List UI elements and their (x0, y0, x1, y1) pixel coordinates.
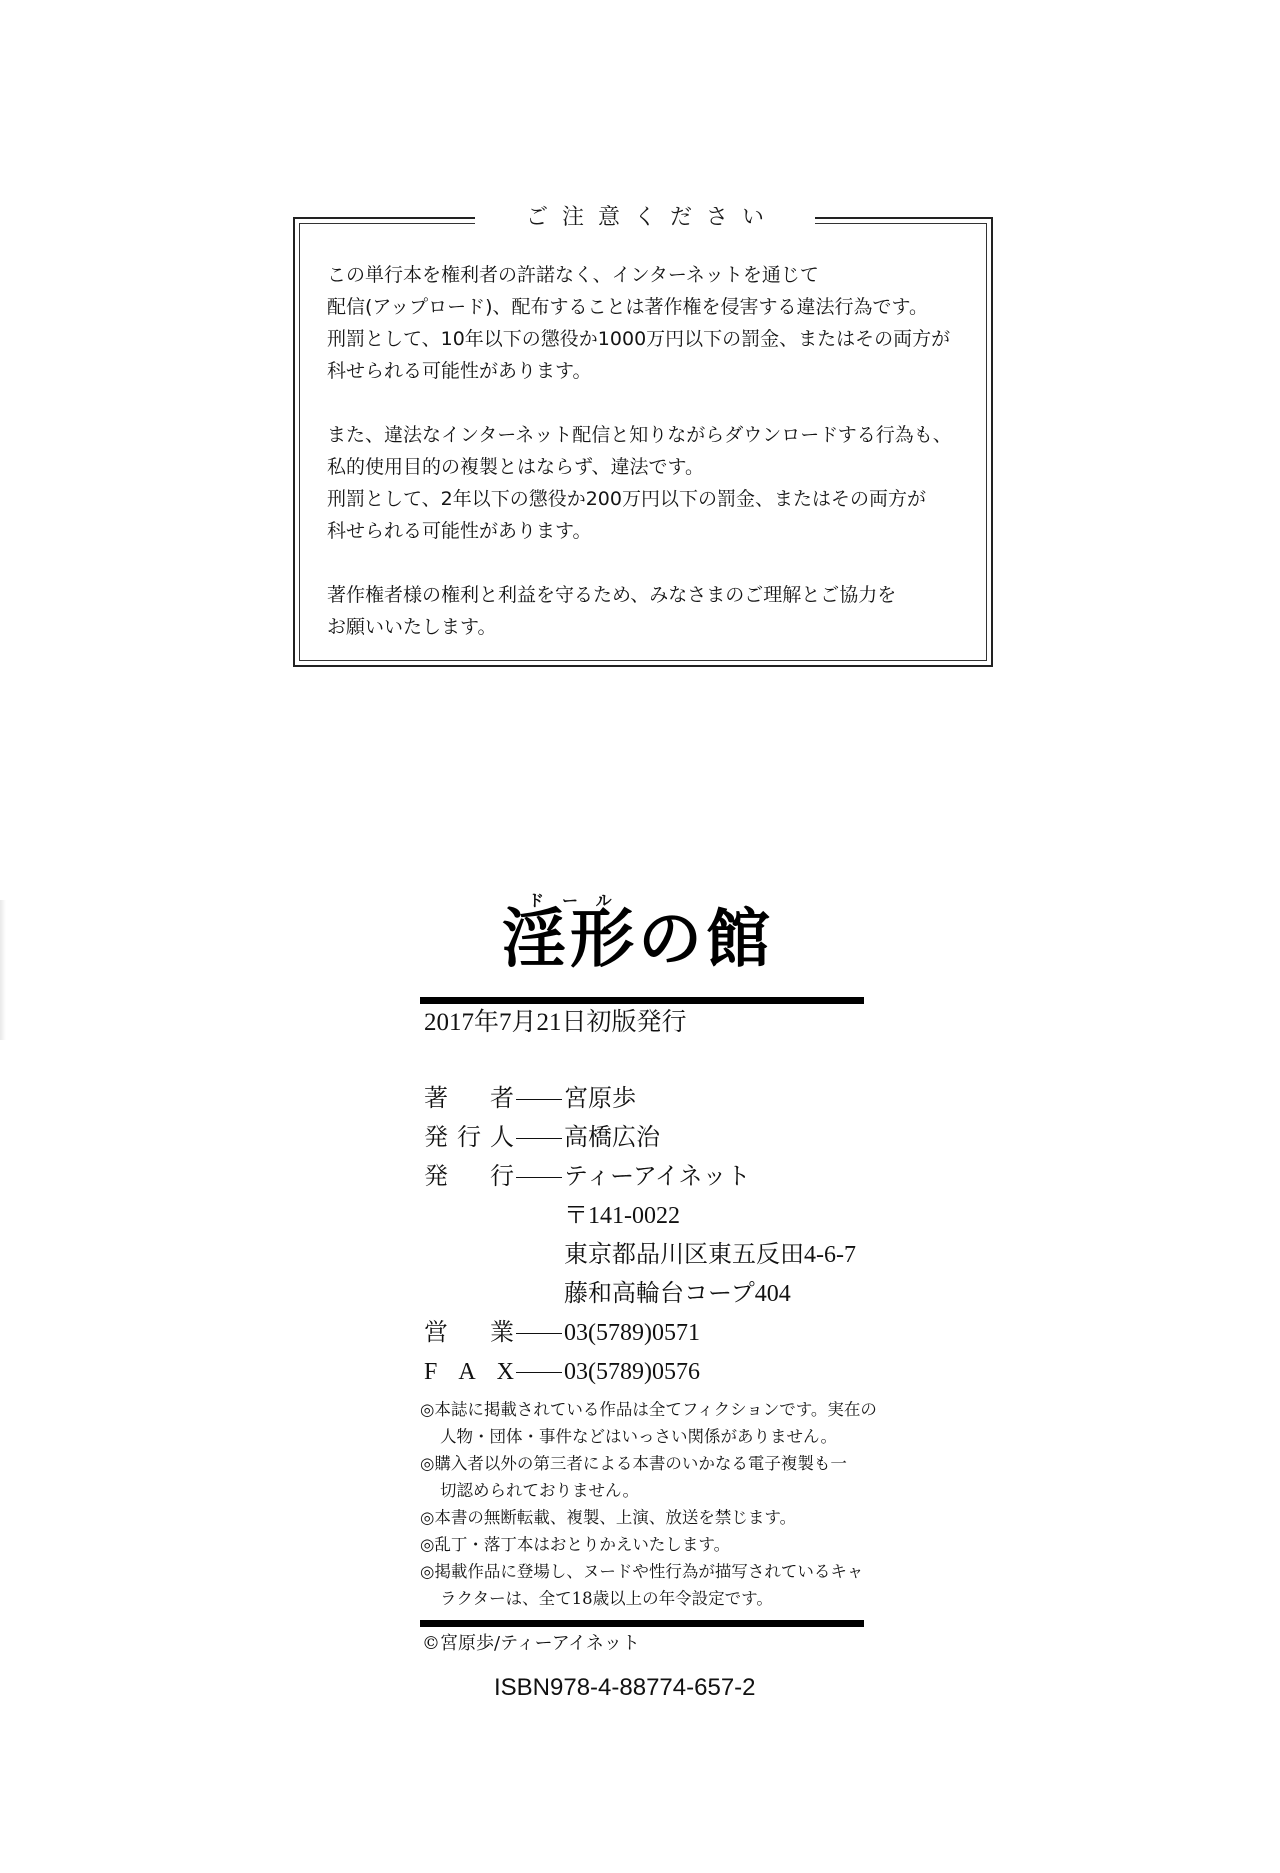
label-char: 著 (424, 1080, 448, 1119)
title-block: ドール 淫形の館 (420, 880, 864, 990)
contact-row-fax: F A X 03(5789)0576 (420, 1353, 864, 1392)
note-text: ◎掲載作品に登場し、ヌードや性行為が描写されているキャ (420, 1562, 863, 1581)
colophon: ドール 淫形の館 2017年7月21日初版発行 著 者 宮原歩 発 行 人 高橋… (420, 880, 864, 1703)
em-dash-leader (516, 1177, 562, 1178)
credit-value: 宮原歩 (564, 1080, 636, 1119)
credit-row-publisher: 発 行 ティーアイネット (420, 1158, 864, 1197)
notice-paragraph-upload: この単行本を権利者の許諾なく、インターネットを通じて 配信(アップロード)、配布… (327, 259, 973, 387)
em-dash-leader (516, 1138, 562, 1139)
scan-edge-shadow (0, 900, 6, 1040)
notice-line: お願いいたします。 (327, 611, 973, 643)
notice-line: 科せられる可能性があります。 (327, 355, 973, 387)
phone-number: 03(5789)0571 (564, 1314, 700, 1353)
note-text: ◎本書の無断転載、複製、上演、放送を禁じます。 (420, 1508, 796, 1527)
note-fiction: ◎本誌に掲載されている作品は全てフィクションです。実在の 人物・団体・事件などは… (420, 1396, 864, 1450)
em-dash-leader (516, 1372, 562, 1373)
label-char: 営 (424, 1314, 448, 1353)
note-digital-copy: ◎購入者以外の第三者による本書のいかなる電子複製も一 切認められておりません。 (420, 1450, 864, 1504)
notice-line: 私的使用目的の複製とはならず、違法です。 (327, 451, 973, 483)
note-text: ◎購入者以外の第三者による本書のいかなる電子複製も一 (420, 1454, 847, 1473)
credit-value: ティーアイネット (564, 1158, 750, 1197)
copyright-line: ©宮原歩/ティーアイネット (420, 1629, 864, 1659)
label-char: 業 (490, 1314, 514, 1353)
book-title: 淫形の館 (502, 904, 774, 976)
credit-label: 著 者 (420, 1080, 514, 1119)
em-dash-leader (516, 1333, 562, 1334)
notice-line: 著作権者様の権利と利益を守るため、みなさまのご理解とご協力を (327, 579, 973, 611)
divider-rule-bottom (420, 1620, 864, 1627)
em-dash-leader (516, 1099, 562, 1100)
notice-heading: ご注意ください (475, 204, 815, 232)
label-char: 行 (457, 1119, 481, 1158)
credits-list: 著 者 宮原歩 発 行 人 高橋広治 発 行 ティーアイネット 〒141-002… (420, 1080, 864, 1392)
divider-rule-top (420, 997, 864, 1004)
notice-body: この単行本を権利者の許諾なく、インターネットを通じて 配信(アップロード)、配布… (327, 259, 973, 643)
isbn: ISBN978-4-88774-657-2 (420, 1673, 864, 1703)
credit-row-author: 著 者 宮原歩 (420, 1080, 864, 1119)
notice-line: 配信(アップロード)、配布することは著作権を侵害する違法行為です。 (327, 291, 973, 323)
notice-line: 科せられる可能性があります。 (327, 515, 973, 547)
credit-label: 発 行 人 (420, 1119, 514, 1158)
credit-row-publisher-person: 発 行 人 高橋広治 (420, 1119, 864, 1158)
label-char: 発 (424, 1119, 448, 1158)
contact-row-sales: 営 業 03(5789)0571 (420, 1314, 864, 1353)
credit-label: F A X (420, 1353, 514, 1392)
label-char: 発 (424, 1158, 448, 1197)
note-age: ◎掲載作品に登場し、ヌードや性行為が描写されているキャ ラクターは、全て18歳以… (420, 1558, 864, 1612)
note-misprint: ◎乱丁・落丁本はおとりかえいたします。 (420, 1531, 864, 1558)
note-text-continued: 人物・団体・事件などはいっさい関係がありません。 (420, 1423, 864, 1450)
note-reproduction: ◎本書の無断転載、複製、上演、放送を禁じます。 (420, 1504, 864, 1531)
address-postal-code: 〒141-0022 (420, 1197, 864, 1236)
notice-paragraph-request: 著作権者様の権利と利益を守るため、みなさまのご理解とご協力を お願いいたします。 (327, 579, 973, 643)
fax-number: 03(5789)0576 (564, 1353, 700, 1392)
address-building: 藤和高輪台コープ404 (420, 1275, 864, 1314)
note-text: ◎乱丁・落丁本はおとりかえいたします。 (420, 1535, 730, 1554)
note-text: ◎本誌に掲載されている作品は全てフィクションです。実在の (420, 1400, 877, 1419)
credit-label: 営 業 (420, 1314, 514, 1353)
label-char: F (424, 1353, 437, 1392)
notice-line: 刑罰として、10年以下の懲役か1000万円以下の罰金、またはその両方が (327, 323, 973, 355)
copyright-notice-box: ご注意ください この単行本を権利者の許諾なく、インターネットを通じて 配信(アッ… (293, 217, 993, 667)
note-text-continued: ラクターは、全て18歳以上の年令設定です。 (420, 1585, 864, 1612)
legal-notes: ◎本誌に掲載されている作品は全てフィクションです。実在の 人物・団体・事件などは… (420, 1396, 864, 1612)
notice-paragraph-download: また、違法なインターネット配信と知りながらダウンロードする行為も、 私的使用目的… (327, 419, 973, 547)
notice-line: また、違法なインターネット配信と知りながらダウンロードする行為も、 (327, 419, 973, 451)
label-char: 行 (490, 1158, 514, 1197)
note-text-continued: 切認められておりません。 (420, 1477, 864, 1504)
label-char: A (458, 1353, 475, 1392)
label-char: 人 (490, 1119, 514, 1158)
notice-line: 刑罰として、2年以下の懲役か200万円以下の罰金、またはその両方が (327, 483, 973, 515)
label-char: 者 (490, 1080, 514, 1119)
publication-date: 2017年7月21日初版発行 (420, 1006, 864, 1040)
label-char: X (497, 1353, 514, 1392)
credit-value: 高橋広治 (564, 1119, 660, 1158)
notice-line: この単行本を権利者の許諾なく、インターネットを通じて (327, 259, 973, 291)
credit-label: 発 行 (420, 1158, 514, 1197)
address-street: 東京都品川区東五反田4-6-7 (420, 1236, 864, 1275)
